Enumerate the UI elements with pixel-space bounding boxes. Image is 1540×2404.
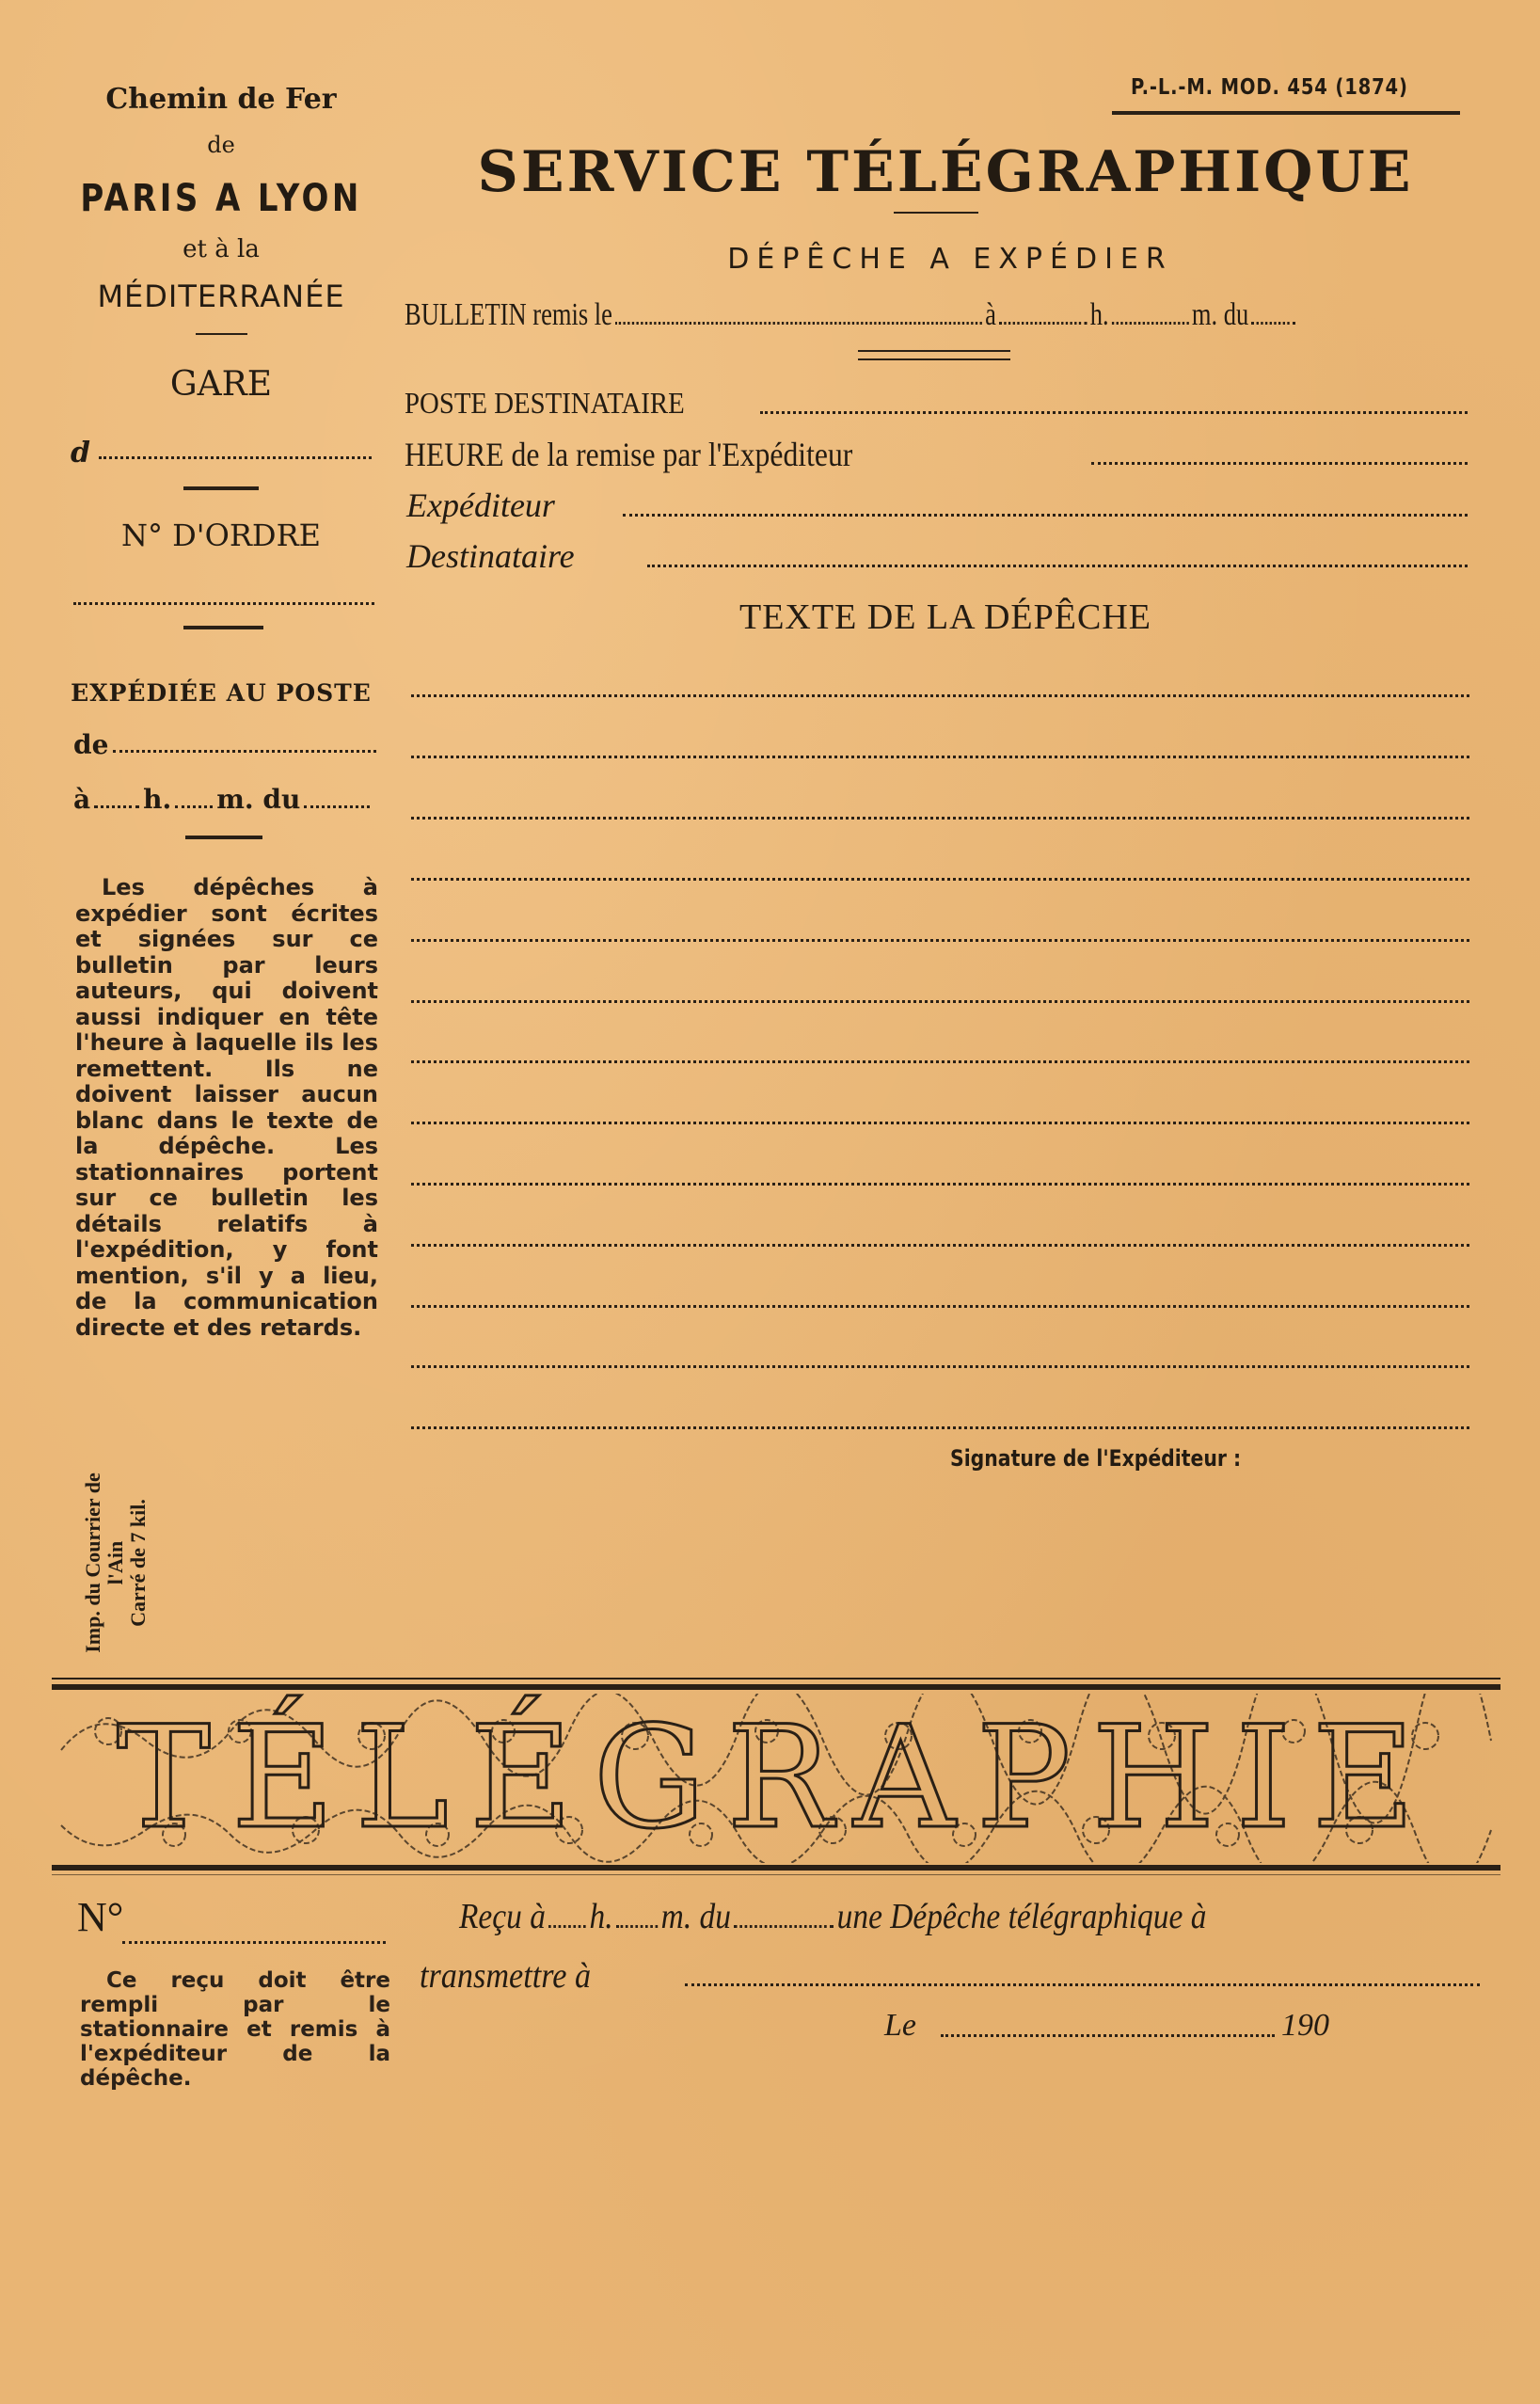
year-prefix: 190 [1281,2008,1329,2044]
transmettre-label: transmettre à [420,1955,591,1997]
bulletin-minute-field[interactable] [1112,322,1189,325]
sent-from-field[interactable] [113,750,376,753]
transmettre-field[interactable] [685,1983,1480,1986]
company-name: PARIS A LYON [65,177,377,220]
message-line-9[interactable] [411,1183,1469,1186]
poste-destinataire-field[interactable] [760,411,1468,414]
sent-minute-field[interactable] [175,805,213,808]
receipt-number-label: N° [77,1893,123,1941]
sent-label: EXPÉDIÉE AU POSTE [38,679,405,707]
station-label: GARE [38,365,405,404]
divider [894,212,978,214]
message-line-4[interactable] [411,878,1469,881]
message-line-8[interactable] [411,1122,1469,1124]
message-line-2[interactable] [411,756,1469,758]
message-line-11[interactable] [411,1305,1469,1308]
printer-line2: Carré de 7 kil. [127,1455,150,1671]
bulletin-label: BULLETIN remis le [405,297,612,332]
printer-imprint: Imp. du Courrier de l'Ain Carré de 7 kil… [73,1449,262,1637]
double-rule-bottom [858,358,1010,360]
sent-a-label: à [73,784,90,815]
model-number: P.-L.-M. MOD. 454 (1874) [1131,75,1408,100]
receipt-line1: Reçu àh.m. duune Dépêche télégraphique à [459,1896,1206,1937]
receipt-date-field[interactable] [735,1925,834,1928]
station-field[interactable] [99,456,372,459]
bulletin-hour-field[interactable] [999,322,1088,325]
message-line-10[interactable] [411,1244,1469,1247]
company-line1: Chemin de Fer [38,83,405,116]
company-line4: et à la [38,235,405,263]
receipt-une-depeche: une Dépêche télégraphique à [837,1897,1207,1936]
receipt-minute-field[interactable] [616,1925,658,1928]
message-line-12[interactable] [411,1365,1469,1368]
destinataire-field[interactable] [647,565,1468,567]
bulletin-m-label: m. du [1192,297,1248,332]
banner-title: TÉLÉGRAPHIE [52,1694,1500,1863]
receipt-note: Ce reçu doit être rempli par le stationn… [80,1968,390,2091]
double-rule-top [858,350,1010,352]
printer-line1: Imp. du Courrier de l'Ain [82,1455,127,1671]
bulletin-h-label: h. [1090,297,1109,332]
divider [185,836,262,839]
receipt-hour-field[interactable] [548,1925,586,1928]
le-label: Le [884,2008,916,2044]
expediteur-label: Expéditeur [406,486,555,525]
message-line-13[interactable] [411,1426,1469,1429]
banner-ornament: TÉLÉGRAPHIE [52,1694,1500,1863]
bulletin-date-field[interactable] [615,322,982,325]
banner-rule-top-thick [52,1684,1500,1690]
receipt-date-line[interactable] [941,2034,1275,2037]
expediteur-field[interactable] [623,514,1468,517]
sent-m-label: m. du [216,784,300,815]
sent-h-label: h. [143,784,171,815]
banner-rule-bottom-thick [52,1865,1500,1871]
instructions-text: Les dépêches à expédier sont écrites et … [75,875,378,1341]
order-label: N° D'ORDRE [38,517,405,553]
bulletin-station-field[interactable] [1251,322,1295,325]
page-title: SERVICE TÉLÉGRAPHIQUE [405,139,1486,205]
message-heading: TEXTE DE LA DÉPÊCHE [405,597,1486,638]
receipt-number-field[interactable] [122,1941,386,1944]
divider [196,333,247,335]
company-line5: MÉDITERRANÉE [38,279,405,314]
receipt-h-label: h. [590,1897,613,1936]
receipt-m-label: m. du [661,1897,731,1936]
banner-rule-top-thin [52,1678,1500,1680]
signature-area[interactable] [941,1487,1468,1628]
message-line-7[interactable] [411,1060,1469,1063]
message-line-3[interactable] [411,817,1469,820]
sent-hour-field[interactable] [94,805,139,808]
message-line-5[interactable] [411,939,1469,942]
heure-remise-field[interactable] [1091,462,1468,465]
destinataire-label: Destinataire [406,536,575,576]
signature-label: Signature de l'Expéditeur : [950,1445,1241,1472]
heure-remise-label: HEURE de la remise par l'Expéditeur [405,435,852,474]
sent-from-prefix: de [73,729,108,760]
message-line-1[interactable] [411,694,1469,697]
recu-a-label: Reçu à [459,1897,546,1936]
model-underline [1112,111,1460,115]
banner-rule-bottom-thin [52,1874,1500,1875]
page-subtitle: DÉPÊCHE A EXPÉDIER [564,243,1336,276]
bulletin-row: BULLETIN remis leàh.m. du [405,297,1298,333]
station-prefix: d [71,437,90,470]
order-number-field[interactable] [73,602,374,605]
divider [183,626,263,629]
message-line-6[interactable] [411,1000,1469,1003]
poste-destinataire-label: POSTE DESTINATAIRE [405,386,685,421]
divider [183,486,259,490]
company-line2: de [38,132,405,158]
sent-date-field[interactable] [304,805,370,808]
bulletin-a-label: à [985,297,996,332]
sent-time-row: àh.m. du [73,784,373,815]
